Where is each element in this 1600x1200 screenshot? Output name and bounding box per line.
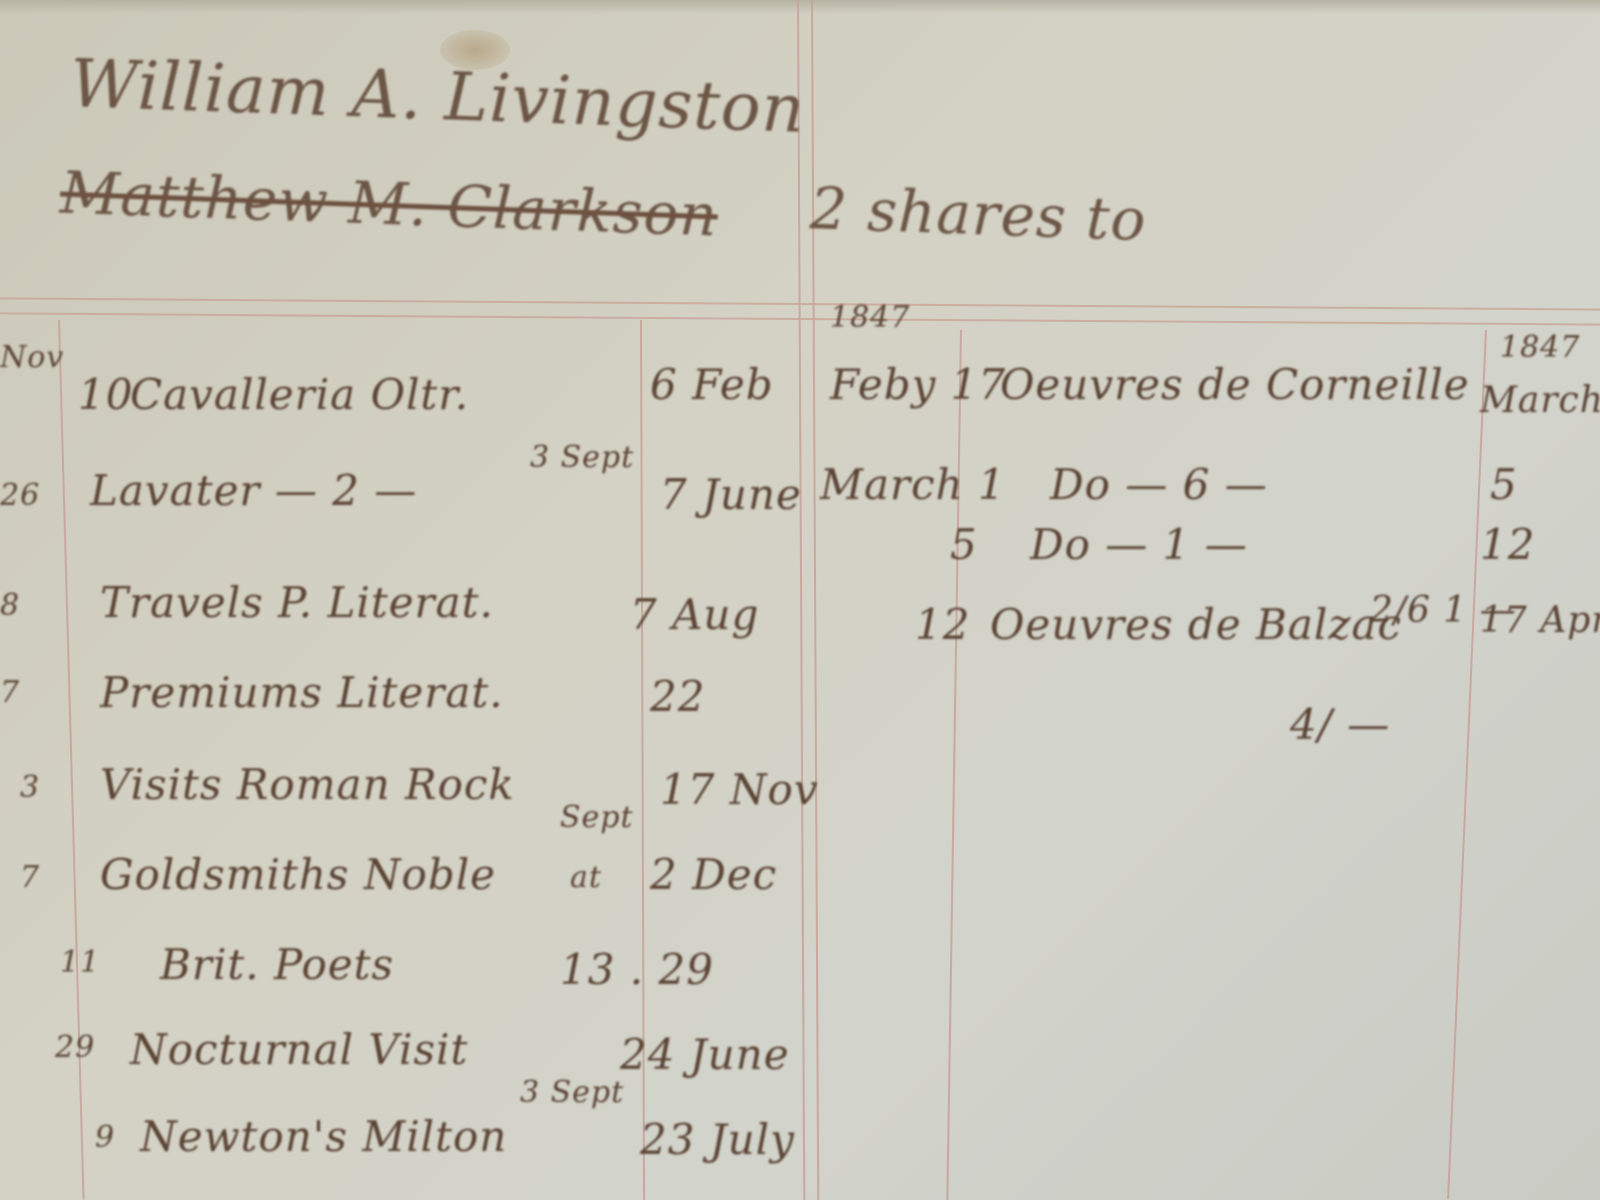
entry-far: 17 April bbox=[1480, 600, 1600, 641]
entry-note: 3 Sept bbox=[520, 1075, 624, 1110]
entry-title: Cavalleria Oltr. bbox=[130, 370, 469, 419]
entry-title: Oeuvres de Corneille bbox=[1000, 360, 1470, 409]
entry-date: 17 Nov bbox=[660, 765, 819, 814]
entry-note: Sept bbox=[560, 800, 634, 835]
entry-date: 12 bbox=[915, 600, 970, 649]
entry-title: Do — 6 — bbox=[1050, 460, 1268, 509]
entry-date: 7 Aug bbox=[630, 590, 759, 639]
entry-date: 5 bbox=[950, 520, 978, 569]
margin-note: 8 bbox=[0, 588, 20, 623]
entry-title: Travels P. Literat. bbox=[100, 578, 494, 627]
entry-title: Goldsmiths Noble bbox=[100, 850, 496, 899]
entry-far: 12 bbox=[1480, 520, 1535, 569]
entry-note: 3 Sept bbox=[530, 440, 634, 475]
margin-note: 11 bbox=[60, 945, 100, 980]
entry-date: March 1 bbox=[820, 460, 1006, 509]
margin-note: 3 bbox=[20, 770, 40, 805]
entry-title: Do — 1 — bbox=[1030, 520, 1248, 569]
entry-date: 7 June bbox=[660, 470, 802, 519]
entry-far: March bbox=[1480, 380, 1600, 421]
margin-note: 29 bbox=[55, 1030, 95, 1065]
entry-date: 6 Feb bbox=[650, 360, 774, 409]
entry-amount: 4/ — bbox=[1290, 700, 1390, 749]
entry-title: Visits Roman Rock bbox=[100, 760, 515, 809]
entry-date: 2 Dec bbox=[650, 850, 777, 899]
entry-qty: 10 bbox=[78, 370, 133, 419]
heading-name: William A. Livingston bbox=[69, 45, 807, 148]
ledger-page: William A. Livingston Matthew M. Clarkso… bbox=[0, 0, 1600, 1200]
entry-note: 1847 bbox=[830, 300, 910, 335]
entry-date: Feby 17 bbox=[830, 360, 1006, 409]
margin-note: 7 bbox=[0, 675, 20, 710]
page-edge-shadow bbox=[0, 0, 1600, 14]
header-note: 1847 bbox=[1500, 330, 1580, 365]
entry-title: Nocturnal Visit bbox=[130, 1025, 468, 1074]
entry-date: 24 June bbox=[620, 1030, 790, 1079]
margin-note: 9 bbox=[95, 1120, 115, 1155]
entry-title: Brit. Poets bbox=[160, 940, 394, 989]
margin-note: 26 bbox=[0, 478, 40, 513]
entry-date: 22 bbox=[650, 672, 705, 721]
margin-note: 7 bbox=[20, 860, 40, 895]
right-amount-rule bbox=[1447, 330, 1487, 1199]
heading-shares: 2 shares to bbox=[809, 174, 1148, 254]
entry-far: 5 bbox=[1490, 460, 1518, 509]
entry-title: Oeuvres de Balzac bbox=[990, 600, 1402, 649]
entry-title: Lavater — 2 — bbox=[90, 466, 417, 515]
margin-note: Nov bbox=[0, 340, 64, 375]
entry-note: at bbox=[570, 860, 602, 895]
entry-date: 13 . 29 bbox=[560, 945, 714, 994]
center-rule-a bbox=[797, 0, 805, 1200]
heading-struck-name: Matthew M. Clarkson bbox=[59, 159, 719, 250]
margin-rule-left bbox=[58, 320, 85, 1200]
entry-date: 23 July bbox=[640, 1115, 795, 1164]
entry-title: Premiums Literat. bbox=[100, 668, 504, 717]
entry-title: Newton's Milton bbox=[140, 1112, 507, 1161]
